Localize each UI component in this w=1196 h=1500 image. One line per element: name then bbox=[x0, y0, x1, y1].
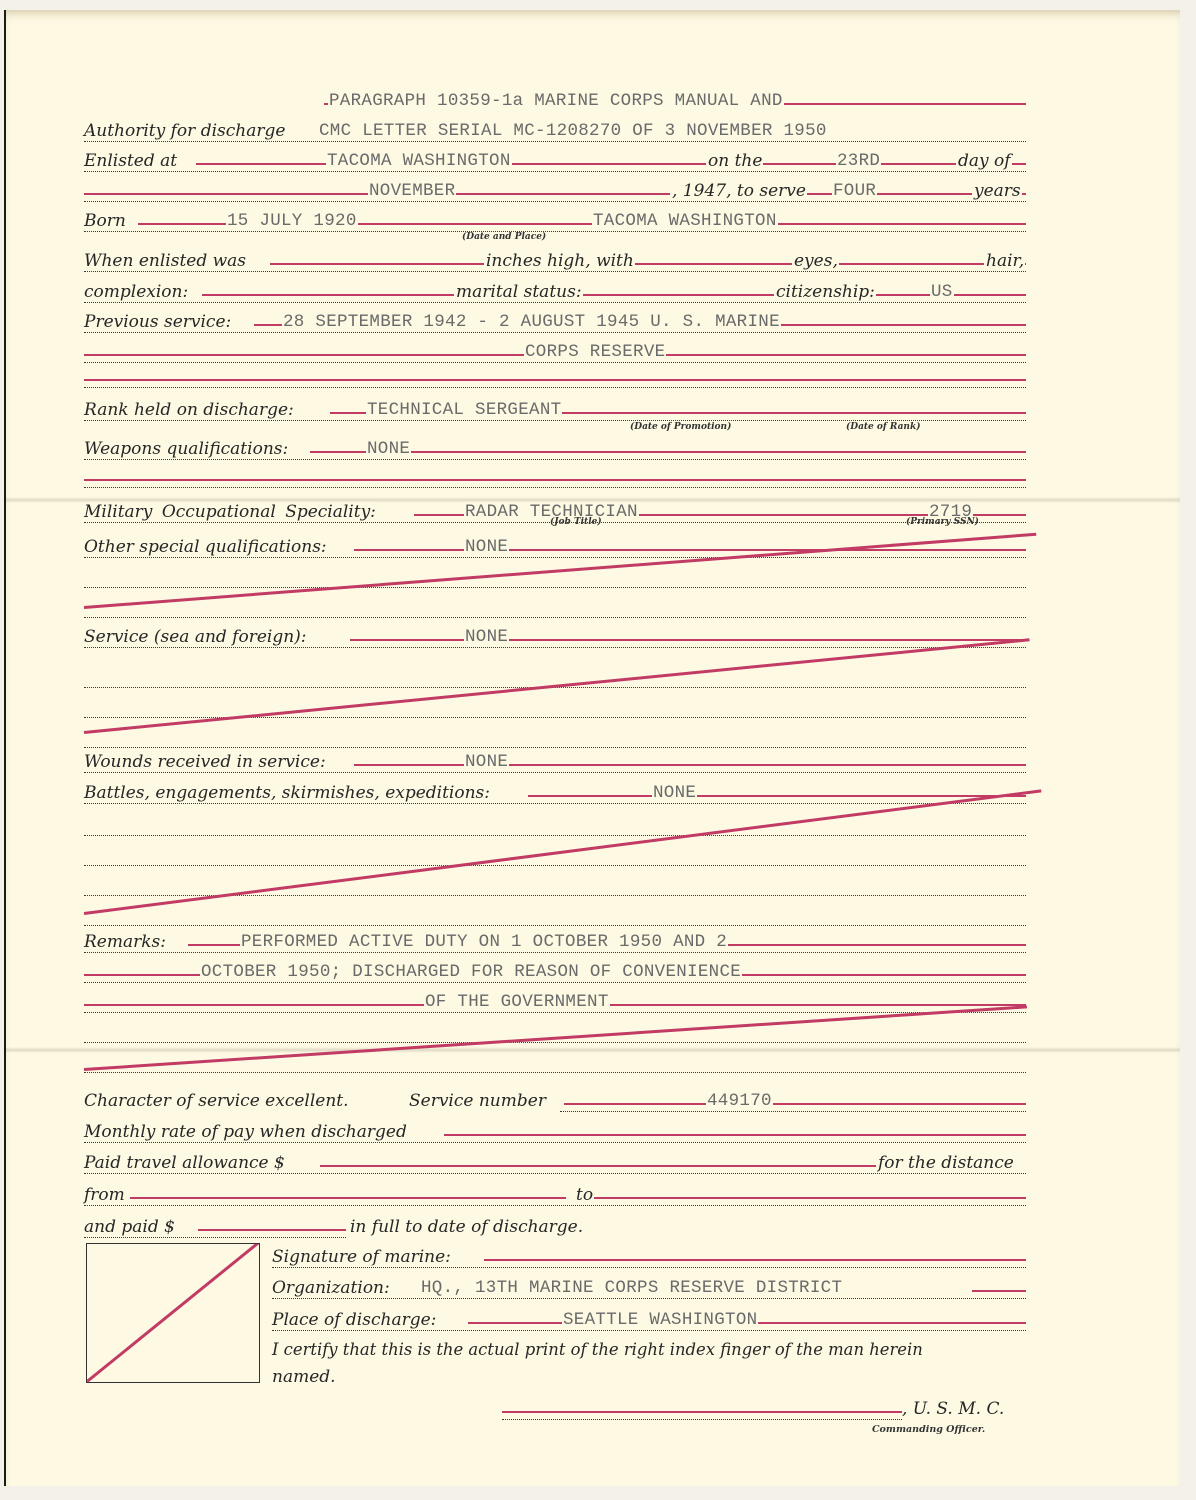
other-qualifications-label: Other special qualifications: bbox=[84, 537, 328, 557]
blank-line bbox=[84, 898, 1026, 928]
previous-service-value-2: CORPS RESERVE bbox=[524, 342, 666, 362]
sea-foreign-label: Service (sea and foreign): bbox=[84, 627, 308, 647]
enlisted-day-value: 23RD bbox=[836, 151, 881, 171]
certification-line-1: I certify that this is the actual print … bbox=[272, 1334, 1032, 1362]
service-number-label: Service number bbox=[409, 1091, 547, 1111]
born-line: Born 15 JULY 1920 TACOMA WASHINGTON bbox=[84, 204, 1026, 234]
battles-line: Battles, engagements, skirmishes, expedi… bbox=[84, 776, 1026, 806]
usmc-label: , U. S. M. C. bbox=[902, 1399, 1005, 1419]
primary-ssn-caption: (Primary SSN) bbox=[906, 517, 979, 527]
from-to-line: from to bbox=[84, 1178, 1026, 1208]
travel-allowance-label: Paid travel allowance $ bbox=[84, 1153, 286, 1173]
inches-high-label: inches high, with bbox=[484, 251, 635, 271]
sea-foreign-value: NONE bbox=[464, 627, 509, 647]
strike-through-line bbox=[86, 1243, 260, 1382]
enlisted-month-value: NOVEMBER bbox=[368, 181, 456, 201]
authority-label: Authority for discharge bbox=[84, 121, 286, 141]
place-of-discharge-label: Place of discharge: bbox=[272, 1310, 437, 1330]
previous-service-value-1: 28 SEPTEMBER 1942 - 2 AUGUST 1945 U. S. … bbox=[282, 312, 781, 332]
date-of-promotion-caption: (Date of Promotion) bbox=[630, 422, 731, 432]
date-of-rank-caption: (Date of Rank) bbox=[846, 422, 920, 432]
authority-line-1: PARAGRAPH 10359-1a MARINE CORPS MANUAL A… bbox=[84, 84, 1026, 114]
enlisted-place-value: TACOMA WASHINGTON bbox=[326, 151, 512, 171]
physical-line-1: When enlisted was inches high, with eyes… bbox=[84, 244, 1026, 274]
remarks-label: Remarks: bbox=[84, 932, 167, 952]
blank-line bbox=[84, 460, 1026, 490]
enlisted-month-line: NOVEMBER , 1947, to serve FOUR years bbox=[84, 174, 1026, 204]
paid-line: and paid $ in full to date of discharge. bbox=[84, 1210, 1026, 1240]
rank-label: Rank held on discharge: bbox=[84, 400, 295, 420]
rank-value: TECHNICAL SERGEANT bbox=[366, 400, 562, 420]
job-title-caption: (Job Title) bbox=[550, 517, 602, 527]
on-the-label: on the bbox=[706, 151, 763, 171]
remarks-line-3: OF THE GOVERNMENT bbox=[84, 985, 1026, 1015]
birth-date-value: 15 JULY 1920 bbox=[226, 211, 358, 231]
organization-label: Organization: bbox=[272, 1278, 391, 1298]
remarks-line-2: OCTOBER 1950; DISCHARGED FOR REASON OF C… bbox=[84, 955, 1026, 985]
wounds-value: NONE bbox=[464, 752, 509, 772]
enlisted-line: Enlisted at TACOMA WASHINGTON on the 23R… bbox=[84, 144, 1026, 174]
wounds-line: Wounds received in service: NONE bbox=[84, 745, 1026, 775]
hair-label: hair, bbox=[984, 251, 1025, 271]
blank-line bbox=[84, 1015, 1026, 1045]
battles-value: NONE bbox=[652, 783, 697, 803]
weapons-line: Weapons qualifications: NONE bbox=[84, 432, 1026, 462]
fingerprint-box bbox=[86, 1243, 260, 1383]
commanding-officer-line: , U. S. M. C. bbox=[502, 1392, 1026, 1422]
monthly-pay-label: Monthly rate of pay when discharged bbox=[84, 1122, 408, 1142]
weapons-label: Weapons qualifications: bbox=[84, 439, 289, 459]
years-label: years bbox=[972, 181, 1022, 201]
from-label: from bbox=[84, 1185, 126, 1205]
birth-place-value: TACOMA WASHINGTON bbox=[592, 211, 778, 231]
citizenship-label: citizenship: bbox=[774, 282, 876, 302]
physical-line-2: complexion: marital status: citizenship:… bbox=[84, 275, 1026, 305]
blank-line bbox=[84, 808, 1026, 838]
signature-line: Signature of marine: bbox=[272, 1240, 1026, 1270]
day-of-label: day of bbox=[956, 151, 1012, 171]
for-the-distance-label: for the distance bbox=[876, 1153, 1015, 1173]
certification-text: I certify that this is the actual print … bbox=[272, 1340, 924, 1359]
service-number-line: Character of service excellent. Service … bbox=[84, 1084, 1026, 1114]
signature-label: Signature of marine: bbox=[272, 1247, 452, 1267]
blank-line bbox=[84, 690, 1026, 720]
battles-label: Battles, engagements, skirmishes, expedi… bbox=[84, 783, 491, 803]
sea-foreign-line: Service (sea and foreign): NONE bbox=[84, 620, 1026, 650]
citizenship-value: US bbox=[930, 282, 954, 302]
complexion-label: complexion: bbox=[84, 282, 189, 302]
authority-value-2: CMC LETTER SERIAL MC-1208270 OF 3 NOVEMB… bbox=[318, 121, 828, 141]
monthly-pay-line: Monthly rate of pay when discharged bbox=[84, 1115, 1026, 1145]
authority-value-1: PARAGRAPH 10359-1a MARINE CORPS MANUAL A… bbox=[328, 91, 784, 111]
character-of-service-label: Character of service excellent. bbox=[84, 1091, 350, 1111]
remarks-line-1: Remarks: PERFORMED ACTIVE DUTY ON 1 OCTO… bbox=[84, 925, 1026, 955]
to-label: to bbox=[574, 1185, 594, 1205]
enlistment-term-value: FOUR bbox=[832, 181, 877, 201]
remarks-value-1: PERFORMED ACTIVE DUTY ON 1 OCTOBER 1950 … bbox=[240, 932, 728, 952]
and-paid-label: and paid $ bbox=[84, 1217, 176, 1237]
previous-service-label: Previous service: bbox=[84, 312, 232, 332]
born-label: Born bbox=[84, 211, 127, 231]
service-number-value: 449170 bbox=[706, 1091, 773, 1111]
certification-line-2: named. bbox=[272, 1362, 572, 1390]
eyes-label: eyes, bbox=[792, 251, 839, 271]
place-of-discharge-value: SEATTLE WASHINGTON bbox=[562, 1310, 758, 1330]
enlisted-at-label: Enlisted at bbox=[84, 151, 178, 171]
authority-line-2: Authority for discharge CMC LETTER SERIA… bbox=[84, 114, 1026, 144]
organization-value: HQ., 13TH MARINE CORPS RESERVE DISTRICT bbox=[420, 1278, 843, 1298]
when-enlisted-label: When enlisted was bbox=[84, 251, 247, 271]
other-qualifications-value: NONE bbox=[464, 537, 509, 557]
commanding-officer-caption: Commanding Officer. bbox=[872, 1424, 985, 1435]
blank-line bbox=[84, 360, 1026, 390]
wounds-label: Wounds received in service: bbox=[84, 752, 327, 772]
travel-allowance-line: Paid travel allowance $ for the distance bbox=[84, 1146, 1026, 1176]
year-to-serve-label: , 1947, to serve bbox=[670, 181, 807, 201]
in-full-label: in full to date of discharge. bbox=[348, 1217, 584, 1237]
remarks-value-3: OF THE GOVERNMENT bbox=[424, 992, 610, 1012]
certification-text-end: named. bbox=[272, 1367, 337, 1387]
rank-line: Rank held on discharge: TECHNICAL SERGEA… bbox=[84, 393, 1026, 423]
date-and-place-caption: (Date and Place) bbox=[462, 232, 546, 242]
place-of-discharge-line: Place of discharge: SEATTLE WASHINGTON bbox=[272, 1303, 1026, 1333]
marital-status-label: marital status: bbox=[454, 282, 583, 302]
organization-line: Organization: HQ., 13TH MARINE CORPS RES… bbox=[272, 1271, 1026, 1301]
weapons-value: NONE bbox=[366, 439, 411, 459]
blank-line bbox=[84, 560, 1026, 590]
remarks-value-2: OCTOBER 1950; DISCHARGED FOR REASON OF C… bbox=[200, 962, 742, 982]
mos-label: Military Occupational Speciality: bbox=[84, 502, 377, 522]
previous-service-line-1: Previous service: 28 SEPTEMBER 1942 - 2 … bbox=[84, 305, 1026, 335]
